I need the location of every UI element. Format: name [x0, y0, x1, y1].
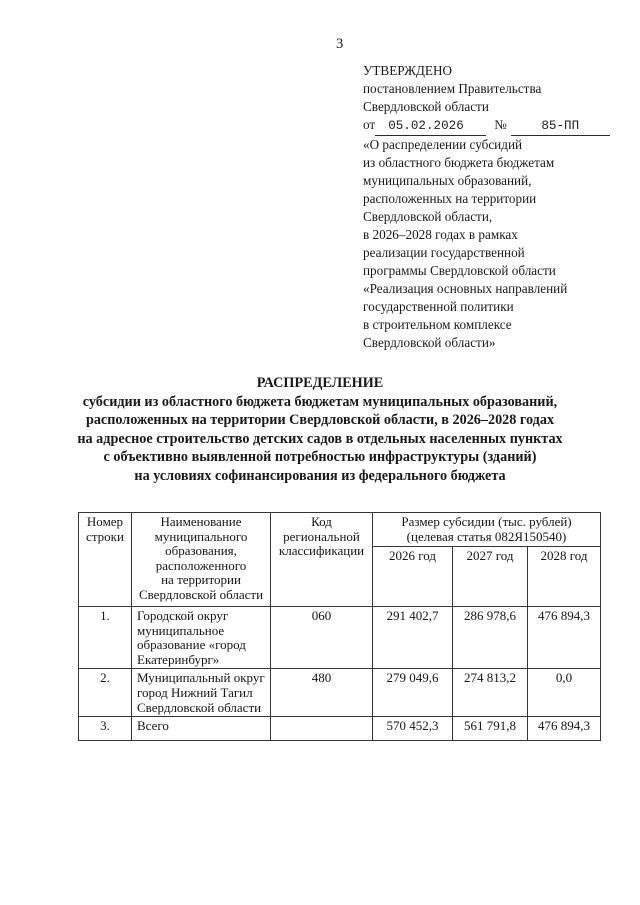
decree-date-value: 05.02.2026: [375, 117, 486, 136]
title-line: с объективно выявленной потребностью инф…: [0, 448, 640, 467]
cell-subsidy-2026: 570 452,3: [373, 717, 453, 741]
header-subsidy-group: Размер субсидии (тыс. рублей) (целевая с…: [373, 513, 601, 547]
header-municipality: Наименование муниципального образования,…: [132, 513, 271, 607]
approval-subject-line: реализации государственной: [363, 244, 625, 262]
approval-subject-line: Свердловской области»: [363, 334, 625, 352]
header-regional-code: Код региональной классификации: [271, 513, 373, 607]
cell-municipality: Городской округ муниципальное образовани…: [132, 607, 271, 669]
header-year-2026: 2026 год: [373, 547, 453, 607]
approval-subject-line: программы Свердловской области: [363, 262, 625, 280]
header-year-2028: 2028 год: [528, 547, 601, 607]
cell-subsidy-2028: 476 894,3: [528, 607, 601, 669]
cell-subsidy-2026: 291 402,7: [373, 607, 453, 669]
cell-regional-code: 060: [271, 607, 373, 669]
cell-regional-code: 480: [271, 669, 373, 717]
approval-stamp-block: УТВЕРЖДЕНО постановлением Правительства …: [363, 62, 625, 352]
table-row-total: 3. Всего 570 452,3 561 791,8 476 894,3: [79, 717, 601, 741]
approval-subject-line: расположенных на территории: [363, 190, 625, 208]
approval-subject-line: муниципальных образований,: [363, 172, 625, 190]
approval-subject-line: «Реализация основных направлений: [363, 280, 625, 298]
title-line: расположенных на территории Свердловской…: [0, 411, 640, 430]
approval-subject-line: Свердловской области,: [363, 208, 625, 226]
table-row: 2. Муниципальный округ город Нижний Таги…: [79, 669, 601, 717]
cell-municipality: Муниципальный округ город Нижний Тагил С…: [132, 669, 271, 717]
cell-subsidy-2028: 476 894,3: [528, 717, 601, 741]
cell-subsidy-2027: 561 791,8: [453, 717, 528, 741]
approval-subject-line: из областного бюджета бюджетам: [363, 154, 625, 172]
cell-municipality: Всего: [132, 717, 271, 741]
approval-line: УТВЕРЖДЕНО: [363, 62, 625, 80]
cell-subsidy-2026: 279 049,6: [373, 669, 453, 717]
cell-row-number: 3.: [79, 717, 132, 741]
date-label: от: [363, 116, 375, 134]
approval-subject-line: государственной политики: [363, 298, 625, 316]
document-page: 3 УТВЕРЖДЕНО постановлением Правительств…: [0, 0, 640, 905]
title-line: субсидии из областного бюджета бюджетам …: [0, 393, 640, 412]
title-line: на адресное строительство детских садов …: [0, 430, 640, 449]
approval-subject-line: в строительном комплексе: [363, 316, 625, 334]
decree-date-line: от 05.02.2026 № 85-ПП: [363, 116, 625, 136]
header-row-number: Номер строки: [79, 513, 132, 607]
distribution-table: Номер строки Наименование муниципального…: [78, 512, 601, 741]
document-title: РАСПРЕДЕЛЕНИЕ субсидии из областного бюд…: [0, 374, 640, 485]
approval-line: постановлением Правительства: [363, 80, 625, 98]
cell-subsidy-2027: 274 813,2: [453, 669, 528, 717]
cell-subsidy-2027: 286 978,6: [453, 607, 528, 669]
title-line: на условиях софинансирования из федераль…: [0, 467, 640, 486]
approval-subject-line: в 2026–2028 годах в рамках: [363, 226, 625, 244]
header-year-2027: 2027 год: [453, 547, 528, 607]
approval-line: Свердловской области: [363, 98, 625, 116]
cell-row-number: 2.: [79, 669, 132, 717]
page-number: 3: [336, 36, 343, 53]
table-row: 1. Городской округ муниципальное образов…: [79, 607, 601, 669]
decree-number-value: 85-ПП: [511, 117, 610, 136]
cell-subsidy-2028: 0,0: [528, 669, 601, 717]
approval-subject-line: «О распределении субсидий: [363, 136, 625, 154]
number-sign: №: [494, 116, 507, 134]
cell-regional-code: [271, 717, 373, 741]
title-heading: РАСПРЕДЕЛЕНИЕ: [0, 374, 640, 393]
cell-row-number: 1.: [79, 607, 132, 669]
